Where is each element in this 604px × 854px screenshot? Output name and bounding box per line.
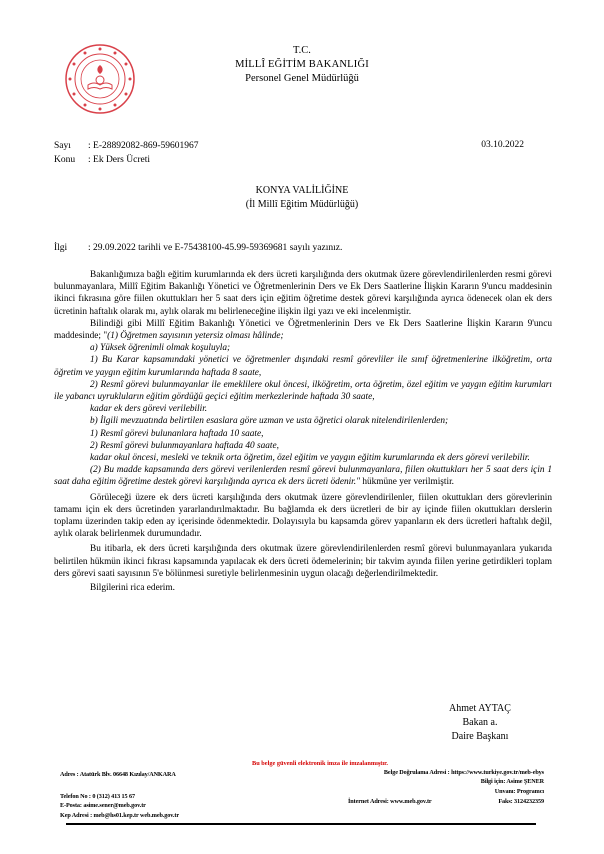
addressee-line-2: (İl Millî Eğitim Müdürlüğü) <box>150 198 454 212</box>
clause-a-end: kadar ek ders görevi verilebilir. <box>54 403 552 415</box>
letter-body: Bakanlığımıza bağlı eğitim kurumlarında … <box>54 269 552 594</box>
paragraph-1: Bakanlığımıza bağlı eğitim kurumlarında … <box>54 269 552 318</box>
footer-address: Adres : Atatürk Blv. 06648 Kızılay/ANKAR… <box>60 771 176 780</box>
ministry-seal-icon <box>64 43 136 115</box>
department-heading: Personel Genel Müdürlüğü <box>150 72 454 86</box>
footer-contact-person: Bilgi için: Asime ŞENER <box>481 778 544 787</box>
ilgi-row: İlgi: 29.09.2022 tarihli ve E-75438100-4… <box>54 242 342 254</box>
footer-website[interactable]: İnternet Adresi: www.meb.gov.tr <box>348 798 432 807</box>
country-heading: T.C. <box>150 44 454 58</box>
signatory-title-1: Bakan a. <box>410 716 550 730</box>
footer-verify-link[interactable]: Belge Doğrulama Adresi : https://www.tur… <box>384 769 544 778</box>
paragraph-2-quote: (1) Öğretmen sayısının yetersiz olması h… <box>107 331 284 341</box>
paragraph-3: (2) Bu madde kapsamında ders görevi veri… <box>54 464 552 488</box>
ministry-heading: MİLLÎ EĞİTİM BAKANLIĞI <box>150 58 454 72</box>
sayi-value: : E-28892082-869-59601967 <box>88 141 199 151</box>
paragraph-3-tail: hükmüne yer verilmiştir. <box>360 477 454 487</box>
ilgi-value: : 29.09.2022 tarihli ve E-75438100-45.99… <box>88 243 342 253</box>
clause-a1: 1) Bu Karar kapsamındaki yönetici ve öğr… <box>54 354 552 378</box>
ilgi-label: İlgi <box>54 242 88 254</box>
footer-job-title: Unvanı: Programcı <box>495 788 544 797</box>
konu-label: Konu <box>54 154 88 166</box>
konu-row: Konu: Ek Ders Ücreti <box>54 154 150 166</box>
footer-divider <box>66 823 536 825</box>
konu-value: : Ek Ders Ücreti <box>88 155 150 165</box>
footer-phone: Telefon No : 0 (312) 413 15 67 <box>60 793 135 802</box>
clause-a2: 2) Resmî görevi bulunmayanlar ile emekli… <box>54 379 552 403</box>
paragraph-3-quote: (2) Bu madde kapsamında ders görevi veri… <box>54 465 552 487</box>
addressee-line-1: KONYA VALİLİĞİNE <box>150 184 454 198</box>
clause-b2: 2) Resmî görevi bulunmayanlara haftada 4… <box>54 440 552 452</box>
paragraph-4: Görüleceği üzere ek ders ücreti karşılığ… <box>54 492 552 541</box>
paragraph-5: Bu itibarla, ek ders ücreti karşılığında… <box>54 543 552 580</box>
footer-kep-address: Kep Adresi : meb@hs01.kep.tr web.meb.gov… <box>60 812 179 821</box>
document-date: 03.10.2022 <box>481 140 524 150</box>
footer-fax: Faks: 3124232359 <box>498 798 544 807</box>
paragraph-6: Bilgilerini rica ederim. <box>54 582 552 594</box>
sayi-label: Sayı <box>54 140 88 152</box>
clause-b: b) İlgili mevzuatında belirtilen esaslar… <box>54 415 552 427</box>
signatory-name: Ahmet AYTAÇ <box>410 702 550 716</box>
clause-b1: 1) Resmî görevi bulunanlara haftada 10 s… <box>54 428 552 440</box>
signatory-title-2: Daire Başkanı <box>410 730 550 744</box>
clause-b-end: kadar okul öncesi, mesleki ve teknik ort… <box>54 452 552 464</box>
sayi-row: Sayı: E-28892082-869-59601967 <box>54 140 199 152</box>
clause-a: a) Yüksek öğrenimli olmak koşuluyla; <box>54 342 552 354</box>
paragraph-2: Bilindiği gibi Millî Eğitim Bakanlığı Yö… <box>54 318 552 342</box>
e-signature-notice: Bu belge güvenli elektronik imza ile imz… <box>252 760 388 767</box>
footer-email[interactable]: E-Posta: asime.sener@meb.gov.tr <box>60 802 146 811</box>
